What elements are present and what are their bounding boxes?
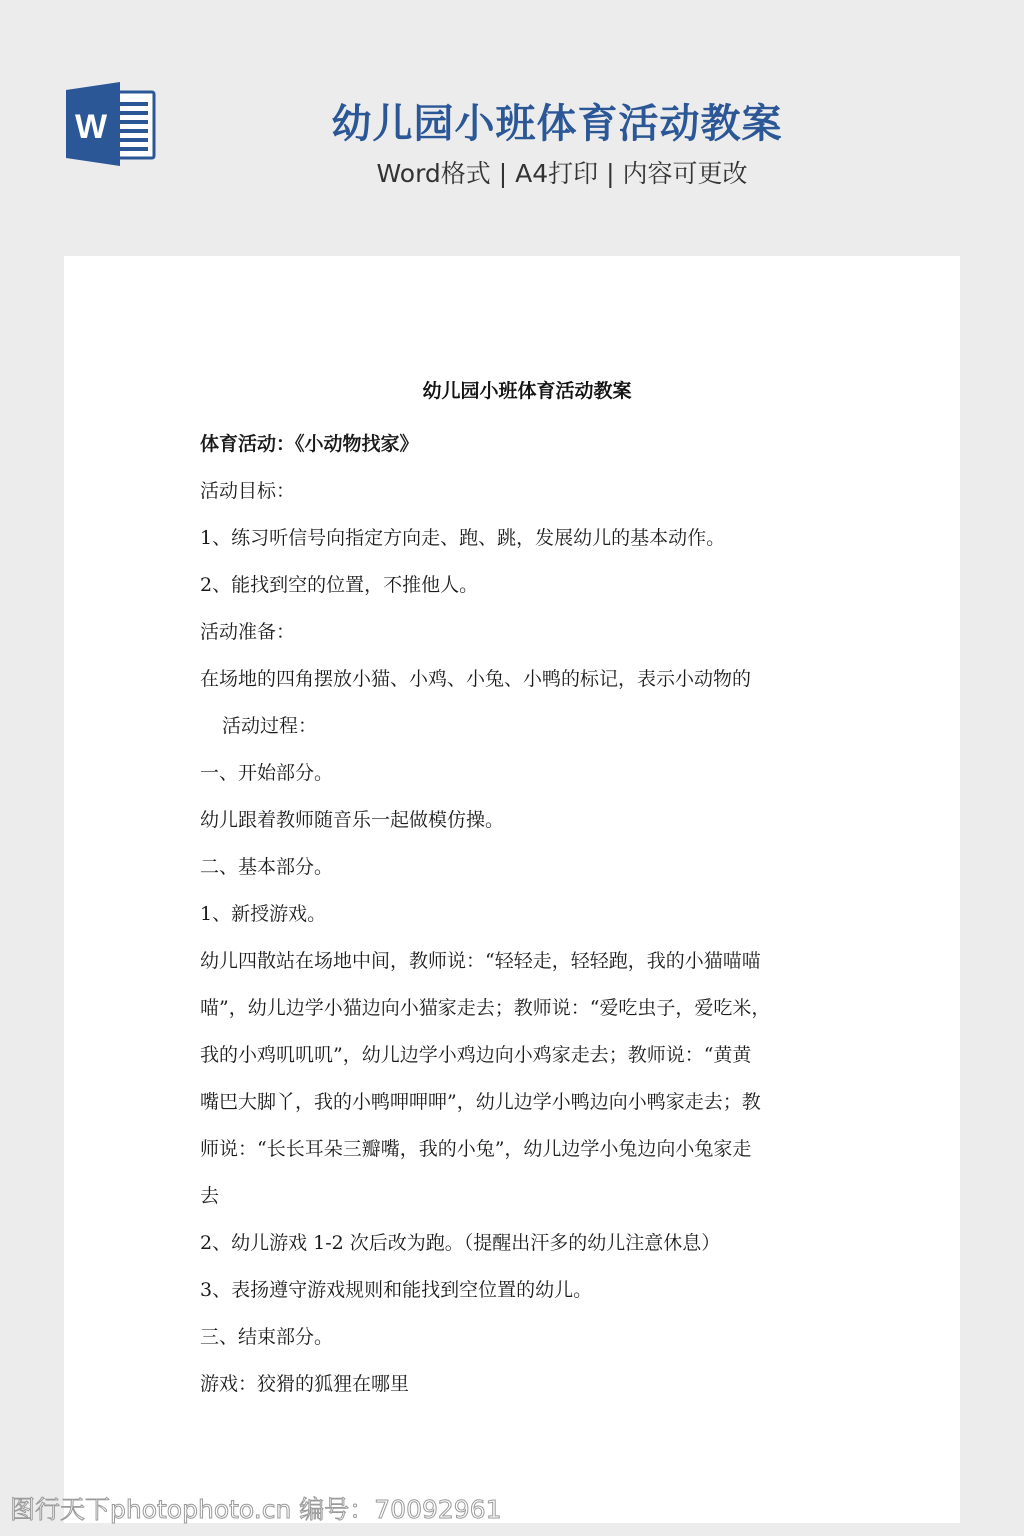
activity-name: 体育活动：《小动物找家》	[200, 421, 830, 468]
paragraph-line: 幼儿跟着教师随音乐一起做模仿操。	[200, 797, 830, 844]
banner-title: 幼儿园小班体育活动教案	[0, 92, 1024, 149]
paragraph-line: 游戏：狡猾的狐狸在哪里	[200, 1361, 830, 1408]
paragraph-line: 幼儿四散站在场地中间，教师说：“轻轻走，轻轻跑，我的小猫喵喵	[200, 938, 830, 985]
part-heading: 二、基本部分。	[200, 844, 830, 891]
document-page: 幼儿园小班体育活动教案 体育活动：《小动物找家》 活动目标： 1、练习听信号向指…	[64, 256, 960, 1523]
section-heading-process: 活动过程：	[200, 703, 830, 750]
document-title: 幼儿园小班体育活动教案	[64, 376, 990, 403]
goal-item: 1、练习听信号向指定方向走、跑、跳，发展幼儿的基本动作。	[200, 515, 830, 562]
banner-header: W 幼儿园小班体育活动教案 Word格式 | A4打印 | 内容可更改	[0, 0, 1024, 256]
section-heading-preparation: 活动准备：	[200, 609, 830, 656]
paragraph-line: 我的小鸡叽叽叽”，幼儿边学小鸡边向小鸡家走去；教师说：“黄黄	[200, 1032, 830, 1079]
document-body: 体育活动：《小动物找家》 活动目标： 1、练习听信号向指定方向走、跑、跳，发展幼…	[200, 421, 830, 1408]
list-item: 2、幼儿游戏 1-2 次后改为跑。（提醒出汗多的幼儿注意休息）	[200, 1220, 830, 1267]
part-heading: 一、开始部分。	[200, 750, 830, 797]
paragraph-line: 喵”，幼儿边学小猫边向小猫家走去；教师说：“爱吃虫子，爱吃米，	[200, 985, 830, 1032]
paragraph-line: 嘴巴大脚丫，我的小鸭呷呷呷”，幼儿边学小鸭边向小鸭家走去；教	[200, 1079, 830, 1126]
paragraph-line: 师说：“长长耳朵三瓣嘴，我的小兔”，幼儿边学小兔边向小兔家走	[200, 1126, 830, 1173]
sub-heading: 1、新授游戏。	[200, 891, 830, 938]
section-heading-goals: 活动目标：	[200, 468, 830, 515]
watermark: 图行天下photophoto.cn 编号：70092961	[10, 1490, 502, 1526]
list-item: 3、表扬遵守游戏规则和能找到空位置的幼儿。	[200, 1267, 830, 1314]
paragraph-line: 去	[200, 1173, 830, 1220]
preparation-text: 在场地的四角摆放小猫、小鸡、小兔、小鸭的标记，表示小动物的	[200, 656, 830, 703]
goal-item: 2、能找到空的位置，不推他人。	[200, 562, 830, 609]
part-heading: 三、结束部分。	[200, 1314, 830, 1361]
banner-subtitle: Word格式 | A4打印 | 内容可更改	[0, 154, 1024, 190]
